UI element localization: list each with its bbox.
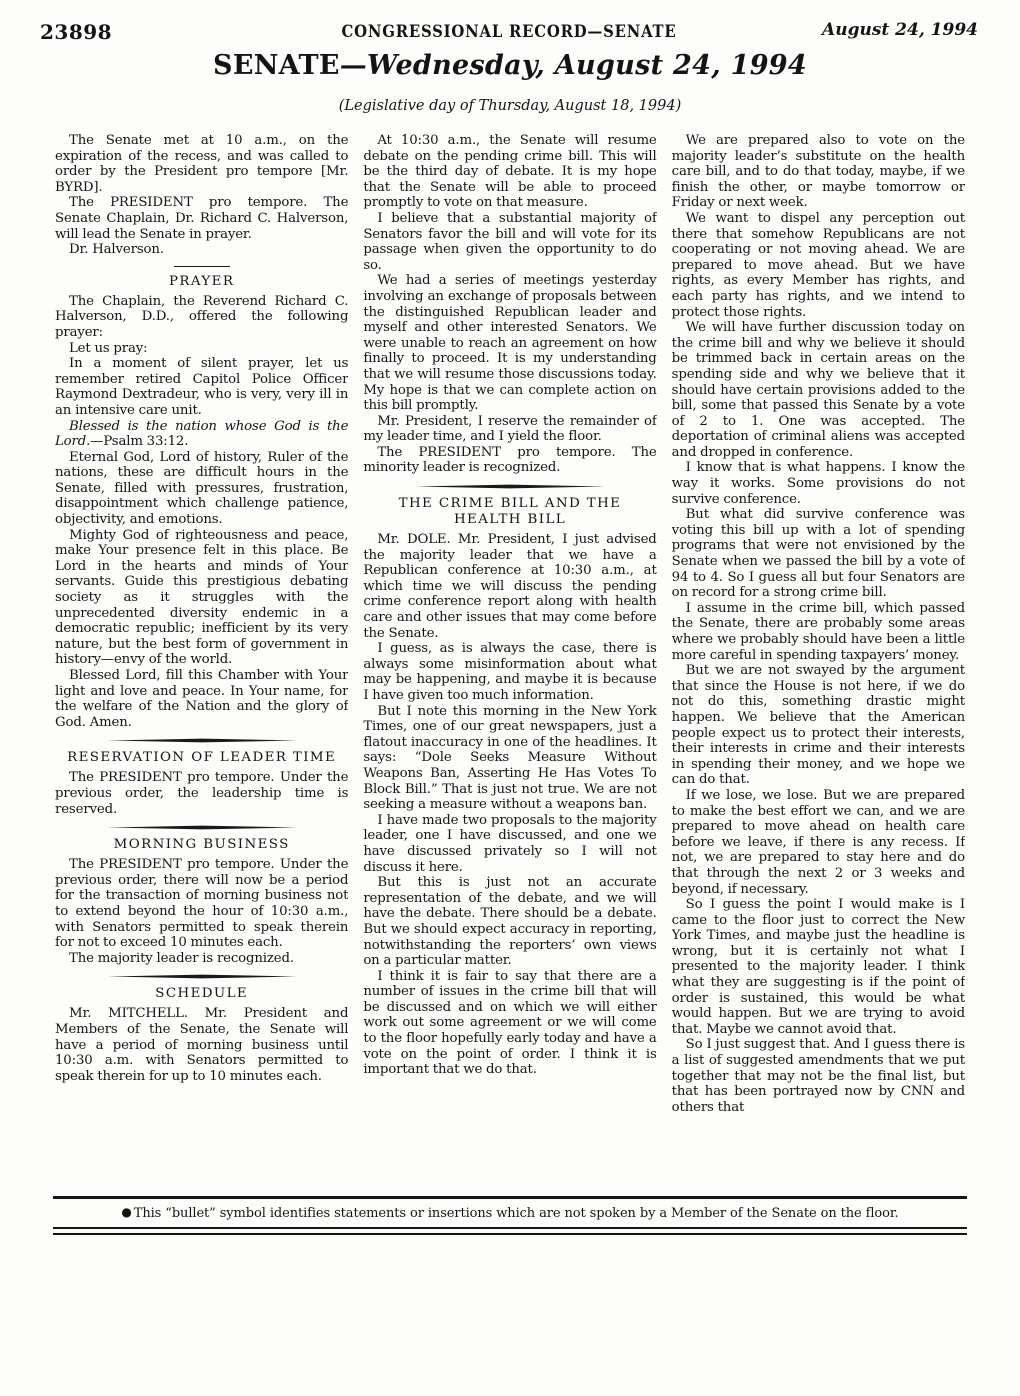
paragraph: We are prepared also to vote on the majo… [672, 133, 965, 211]
section-heading: MORNING BUSINESS [55, 837, 348, 853]
bullet-icon: ● [121, 1205, 131, 1219]
paragraph: Mr. President, I reserve the remainder o… [363, 414, 656, 445]
paragraph: Let us pray: [55, 341, 348, 357]
paragraph: Blessed is the nation whose God is the L… [55, 419, 348, 450]
section-heading: PRAYER [55, 274, 348, 290]
paragraph: If we lose, we lose. But we are prepared… [672, 788, 965, 897]
paragraph: I believe that a substantial majority of… [363, 211, 656, 273]
paragraph: We want to dispel any perception out the… [672, 211, 965, 320]
congressional-record-page: 23898 CONGRESSIONAL RECORD—SENATE August… [0, 0, 1020, 1396]
paragraph: The Chaplain, the Reverend Richard C. Ha… [55, 294, 348, 341]
paragraph: Mr. MITCHELL. Mr. President and Members … [55, 1006, 348, 1084]
paragraph: Mighty God of righteousness and peace, m… [55, 528, 348, 668]
paragraph: In a moment of silent prayer, let us rem… [55, 356, 348, 418]
section-heading: THE CRIME BILL AND THE HEALTH BILL [363, 496, 656, 528]
bullet-note: ●This “bullet” symbol identifies stateme… [53, 1206, 967, 1221]
bullet-note-text: This “bullet” symbol identifies statemen… [134, 1206, 899, 1221]
paragraph: So I guess the point I would make is I c… [672, 897, 965, 1037]
paragraph: The PRESIDENT pro tempore. The minority … [363, 445, 656, 476]
paragraph: At 10:30 a.m., the Senate will resume de… [363, 133, 656, 211]
column-3: We are prepared also to vote on the majo… [672, 133, 965, 1189]
paragraph: Blessed Lord, fill this Chamber with You… [55, 668, 348, 730]
paragraph: But we are not swayed by the argument th… [672, 663, 965, 788]
paragraph: So I just suggest that. And I guess ther… [672, 1037, 965, 1115]
section-divider [55, 738, 348, 743]
paragraph: Dr. Halverson. [55, 242, 348, 258]
paragraph: The Senate met at 10 a.m., on the expira… [55, 133, 348, 195]
section-divider [55, 825, 348, 830]
running-head: 23898 CONGRESSIONAL RECORD—SENATE August… [40, 20, 978, 46]
page-title-date: —Wednesday, August 24, 1994 [340, 50, 807, 81]
section-heading: RESERVATION OF LEADER TIME [55, 750, 348, 766]
column-1: The Senate met at 10 a.m., on the expira… [55, 133, 348, 1189]
paragraph: We will have further discussion today on… [672, 320, 965, 460]
legislative-day-subtitle: (Legislative day of Thursday, August 18,… [0, 98, 1020, 114]
paragraph: The PRESIDENT pro tempore. Under the pre… [55, 770, 348, 817]
paragraph: The PRESIDENT pro tempore. Under the pre… [55, 857, 348, 951]
paragraph: The PRESIDENT pro tempore. The Senate Ch… [55, 195, 348, 242]
paragraph: But this is just not an accurate represe… [363, 875, 656, 969]
paragraph: I assume in the crime bill, which passed… [672, 601, 965, 663]
paragraph: Eternal God, Lord of history, Ruler of t… [55, 450, 348, 528]
issue-date: August 24, 1994 [822, 20, 978, 40]
paragraph: I have made two proposals to the majorit… [363, 813, 656, 875]
paragraph: I think it is fair to say that there are… [363, 969, 656, 1078]
paragraph: I know that is what happens. I know the … [672, 460, 965, 507]
section-divider [363, 484, 656, 489]
page-title: SENATE—Wednesday, August 24, 1994 [0, 50, 1020, 81]
paragraph: We had a series of meetings yesterday in… [363, 273, 656, 413]
paragraph: But what did survive conference was voti… [672, 507, 965, 601]
text-columns: The Senate met at 10 a.m., on the expira… [55, 133, 965, 1189]
section-heading: SCHEDULE [55, 986, 348, 1002]
separator-rule [174, 266, 230, 267]
section-divider [55, 974, 348, 979]
paragraph: The majority leader is recognized. [55, 951, 348, 967]
paragraph: I guess, as is always the case, there is… [363, 641, 656, 703]
paragraph: Mr. DOLE. Mr. President, I just advised … [363, 532, 656, 641]
column-2: At 10:30 a.m., the Senate will resume de… [363, 133, 656, 1189]
bullet-note-box: ●This “bullet” symbol identifies stateme… [53, 1196, 967, 1233]
page-title-senate: SENATE [213, 50, 340, 81]
paragraph: But I note this morning in the New York … [363, 704, 656, 813]
